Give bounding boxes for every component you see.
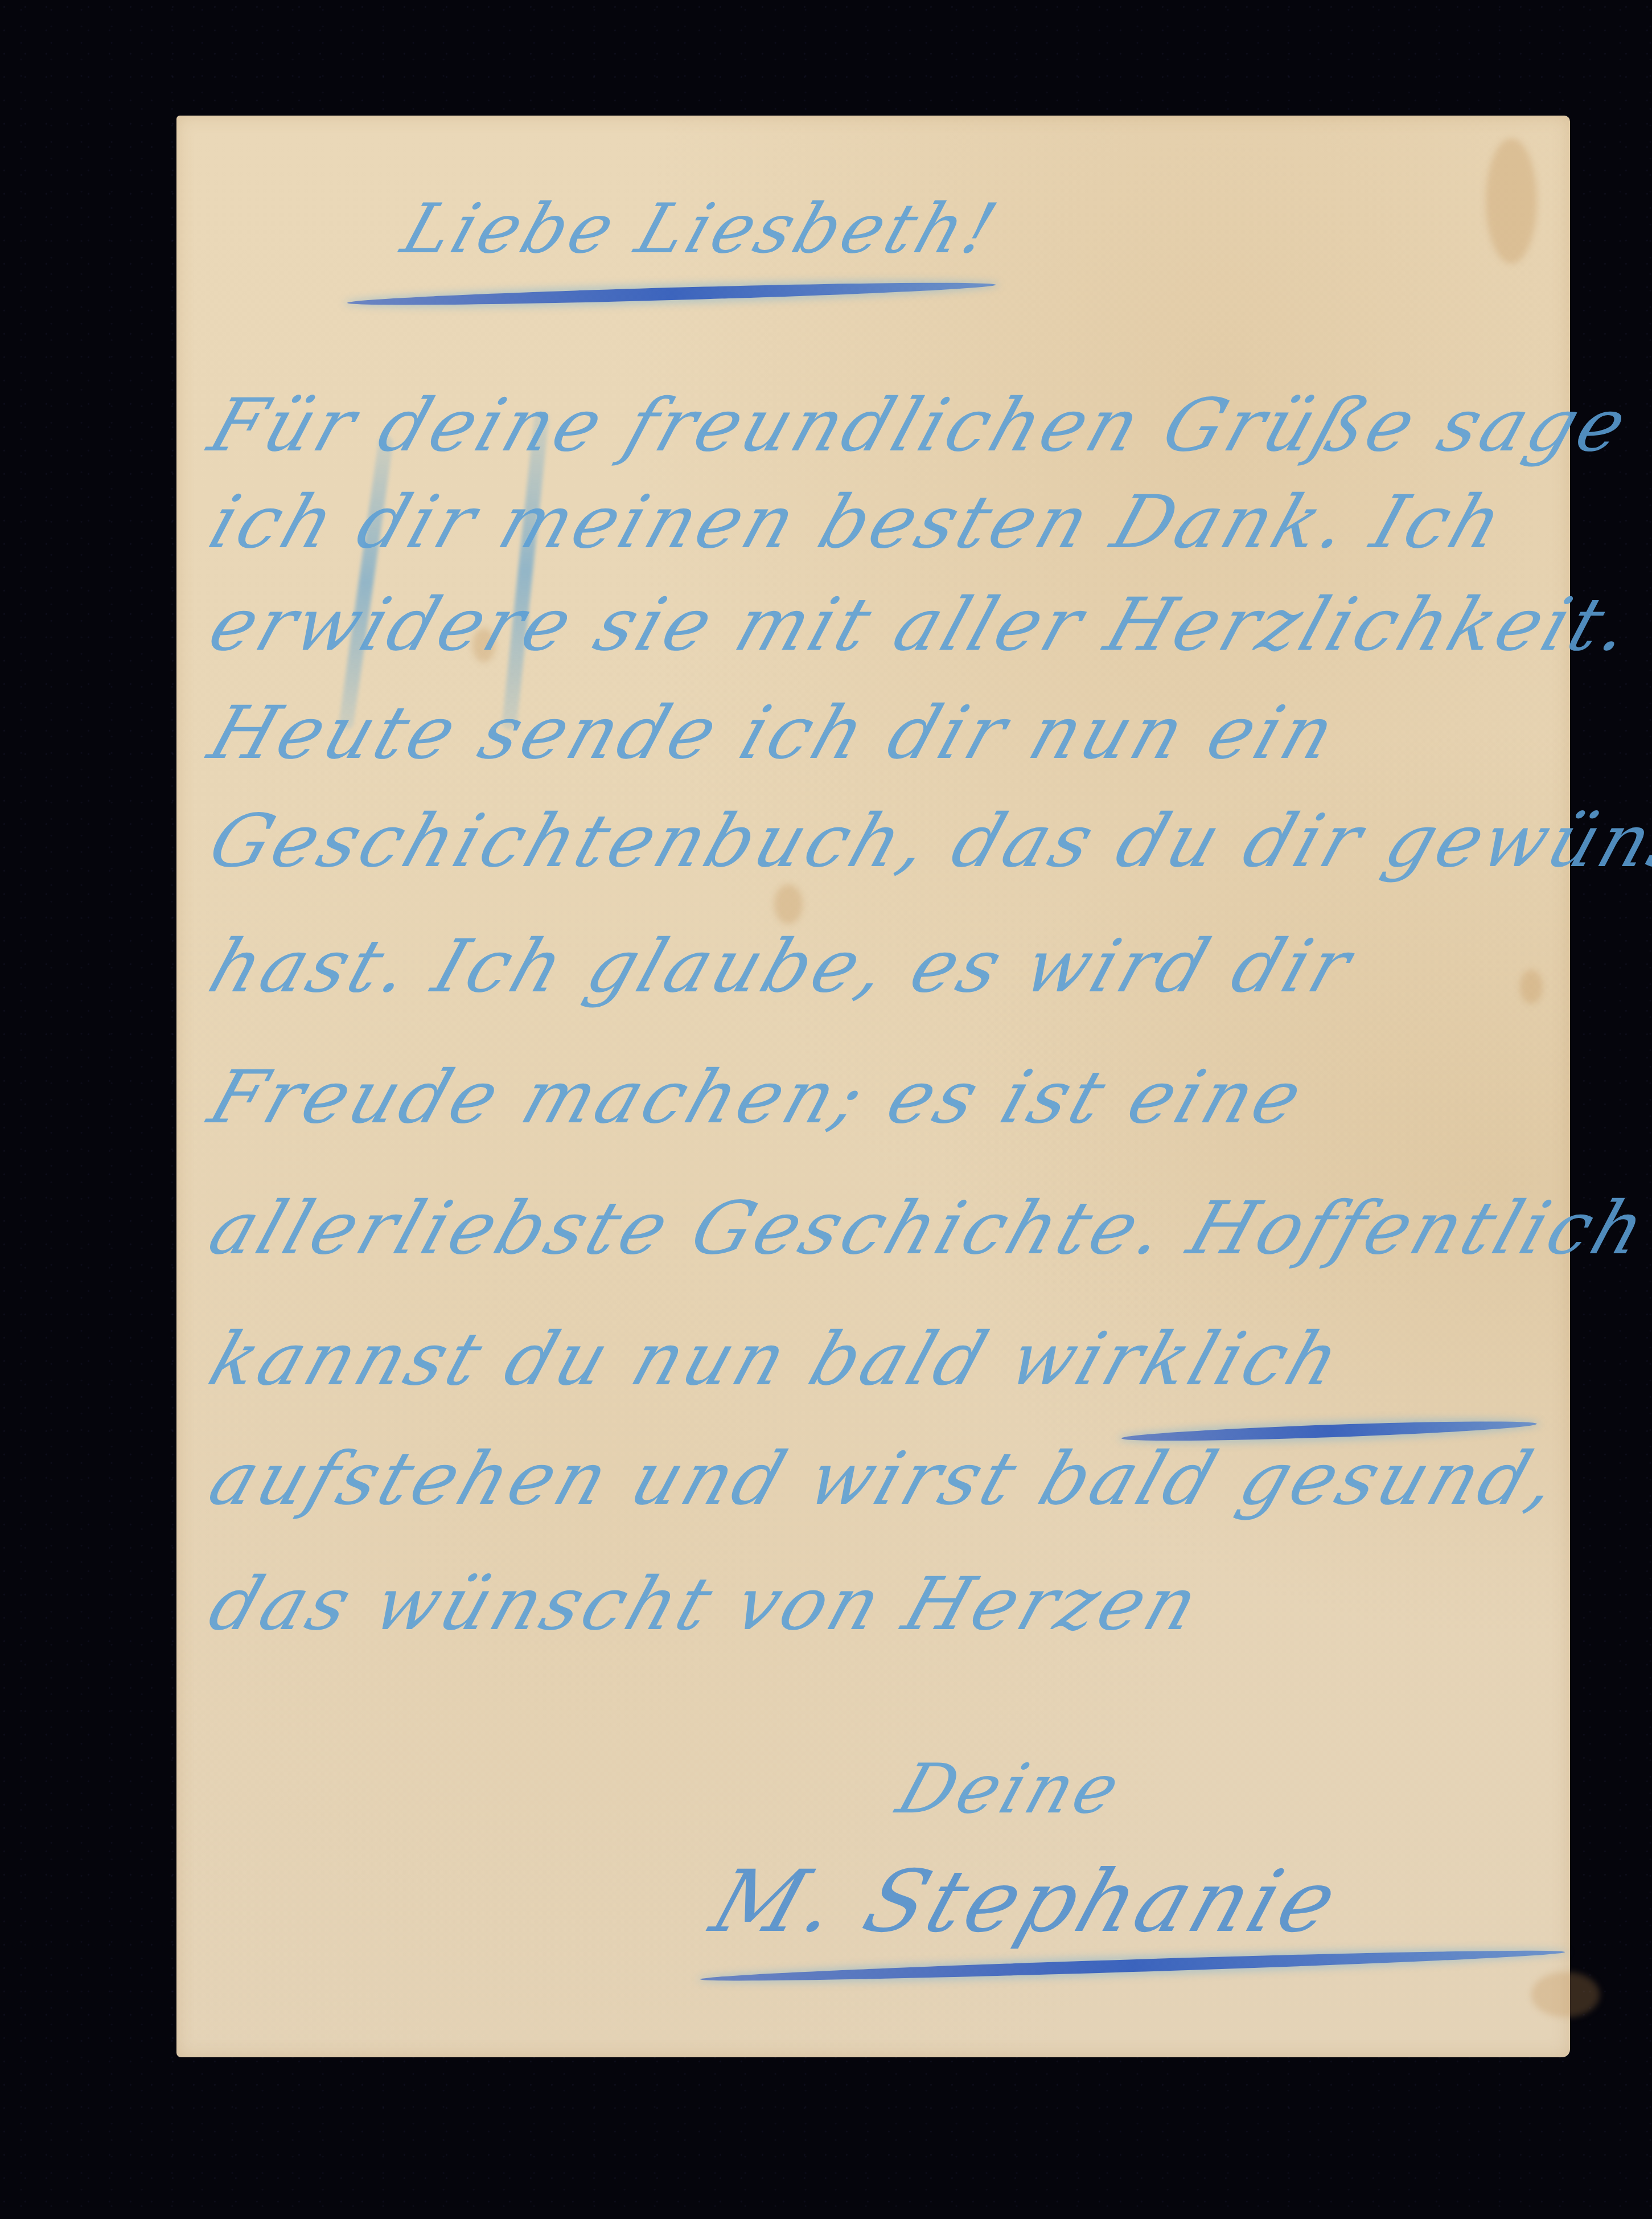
letter-line: hast. Ich glaube, es wird dir	[199, 924, 1364, 1009]
letter-line: Geschichtenbuch, das du dir gewünscht	[199, 799, 1652, 884]
salutation-underline	[347, 278, 996, 309]
postcard: Liebe Liesbeth! Für deine freundlichen G…	[176, 116, 1570, 2057]
paper-stain	[1531, 1972, 1600, 2017]
letter-line: Heute sende ich dir nun ein	[199, 691, 1348, 776]
letter-line: erwidere sie mit aller Herzlichkeit.	[199, 583, 1645, 667]
letter-line: aufstehen und wirst bald gesund,	[199, 1437, 1571, 1521]
letter-line: ich dir meinen besten Dank. Ich	[199, 480, 1516, 565]
paper-stain	[1486, 138, 1537, 264]
paper-stain	[1520, 970, 1543, 1004]
paper-stain	[774, 884, 803, 924]
letter-line: kannst du nun bald wirklich	[199, 1317, 1353, 1402]
salutation: Liebe Liesbeth!	[393, 190, 1009, 269]
signature: M. Stephanie	[700, 1852, 1352, 1951]
letter-line: Für deine freundlichen Grüße sage	[199, 383, 1640, 468]
letter-line: Freude machen; es ist eine	[199, 1055, 1316, 1140]
letter-line: das wünscht von Herzen	[199, 1562, 1211, 1647]
closing: Deine	[888, 1750, 1132, 1829]
letter-line: allerliebste Geschichte. Hoffentlich	[199, 1186, 1652, 1271]
signature-underline	[700, 1946, 1565, 1986]
